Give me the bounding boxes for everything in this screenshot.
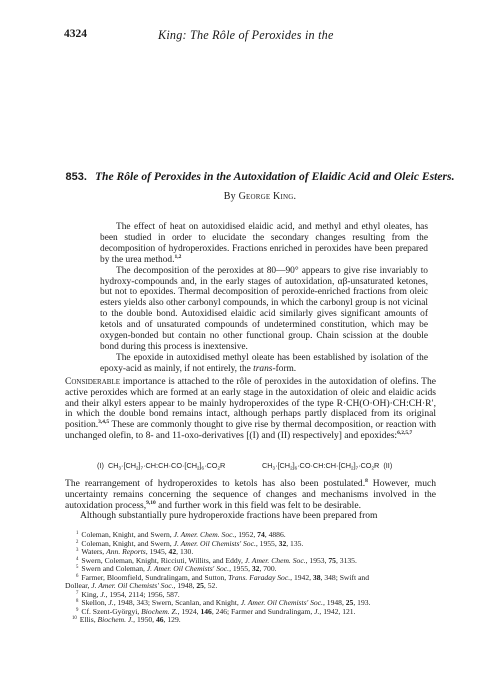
running-head: 4324 King: The Rôle of Peroxides in the (64, 28, 444, 42)
body-text-span: The rearrangement of hydroperoxides to k… (65, 478, 365, 489)
formula-label: (II) (383, 461, 392, 470)
body-paragraph-2: The rearrangement of hydroperoxides to k… (65, 479, 436, 511)
body-text: Considerable importance is attached to t… (65, 377, 436, 442)
formula-I: (I) CH3·[CH2]7·CH:CH·CO·[CH2]6·CO2R (97, 461, 225, 470)
opening-word: Considerable (65, 376, 120, 387)
byline-prefix: By (224, 191, 236, 202)
footnotes: 1Coleman, Knight, and Swern, J. Amer. Ch… (65, 531, 437, 625)
body-text-span: and further work in this field was felt … (156, 500, 361, 511)
italic-term: trans (253, 364, 272, 374)
footnote-number: 8 (76, 599, 78, 604)
body-text-span: These are commonly thought to give rise … (65, 419, 436, 441)
formula-II: CH3·[CH2]6·CO·CH:CH·[CH2]7·CO2R (II) (262, 461, 392, 470)
footnote-number: 2 (76, 540, 78, 545)
title-block: 853.The Rôle of Peroxides in the Autoxid… (60, 170, 460, 202)
body-text-continued: The rearrangement of hydroperoxides to k… (65, 479, 436, 522)
article-title-text: The Rôle of Peroxides in the Autoxidatio… (95, 170, 455, 183)
footnote-number: 6 (76, 574, 78, 579)
chemical-formulas: (I) CH3·[CH2]7·CH:CH·CO·[CH2]6·CO2R CH3·… (97, 461, 397, 473)
footnote-number: 7 (76, 591, 78, 596)
footnote-ref[interactable]: 9,10 (146, 500, 156, 506)
footnote-number: 10 (72, 616, 77, 621)
abstract-paragraph-1: The effect of heat on autoxidised elaidi… (100, 222, 428, 266)
footnote-ref[interactable]: 3,4,5 (98, 419, 109, 425)
article-number: 853. (66, 171, 87, 183)
footnote-number: 1 (76, 531, 78, 536)
author-name: George King. (239, 191, 297, 202)
abstract-paragraph-2: The decomposition of the peroxides at 80… (100, 266, 428, 353)
byline: By George King. (60, 191, 460, 202)
footnote-ref[interactable]: 6,2,5,7 (397, 430, 412, 436)
abstract-paragraph-3: The epoxide in autoxidised methyl oleate… (100, 353, 428, 375)
body-paragraph-3: Although substantially pure hydroperoxid… (65, 511, 436, 522)
page-number: 4324 (64, 28, 87, 40)
formula-label: (I) (97, 461, 104, 470)
footnote-ref[interactable]: 1,2 (174, 254, 181, 260)
abstract-text: -form. (272, 364, 296, 374)
footnote-number: 9 (76, 608, 78, 613)
footnote-number: 3 (76, 548, 78, 553)
abstract-text: The effect of heat on autoxidised elaidi… (100, 222, 428, 265)
footnote-10: 10Ellis, Biochem. J., 1950, 46, 129. (65, 616, 437, 625)
body-paragraph-1: Considerable importance is attached to t… (65, 377, 436, 442)
abstract: The effect of heat on autoxidised elaidi… (100, 222, 428, 375)
running-title: King: The Rôle of Peroxides in the (158, 28, 334, 43)
footnote-number: 5 (76, 565, 78, 570)
footnote-number: 4 (76, 557, 78, 562)
article-title: 853.The Rôle of Peroxides in the Autoxid… (60, 170, 460, 184)
